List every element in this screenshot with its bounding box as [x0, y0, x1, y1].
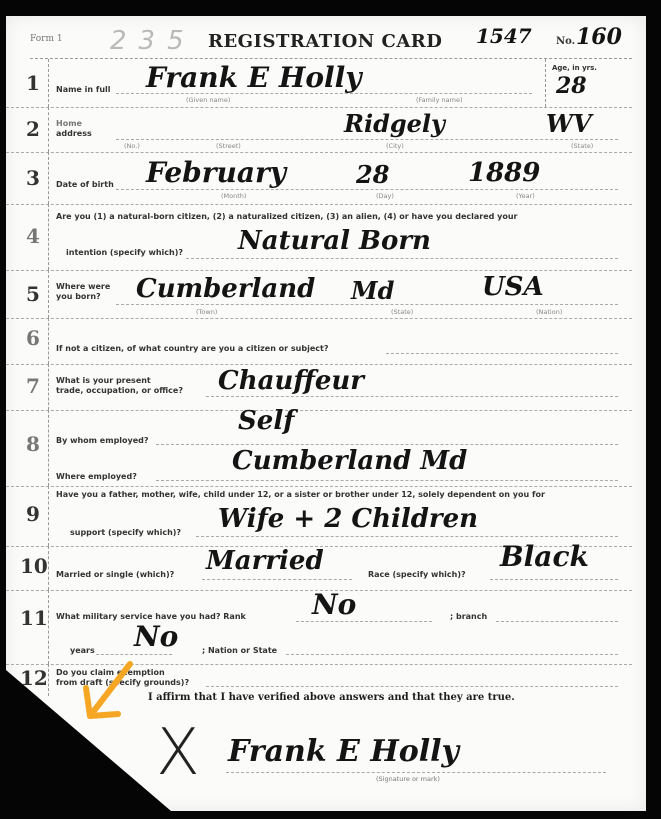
years-value: No — [134, 620, 178, 653]
sub-label: (Year) — [516, 192, 535, 200]
name-value: Frank E Holly — [146, 61, 362, 94]
field-label: Name in full — [56, 85, 111, 95]
fill-line — [386, 353, 618, 354]
field-label: ; Nation or State — [202, 646, 277, 656]
field-label: years — [70, 646, 95, 656]
field-label: Where employed? — [56, 472, 137, 482]
handwritten-card-number: 1547 — [476, 24, 532, 48]
field-label: Home — [56, 119, 82, 129]
sub-label: (Street) — [216, 142, 241, 150]
field-label: intention (specify which)? — [66, 248, 183, 258]
field-label: address — [56, 129, 92, 139]
card-header: Form 1 235 REGISTRATION CARD 1547 No. 16… — [30, 24, 630, 56]
signature: Frank E Holly — [228, 734, 459, 769]
birth-nation-value: USA — [482, 272, 544, 302]
citizenship-value: Natural Born — [238, 226, 431, 256]
divider — [48, 546, 49, 590]
card-title: REGISTRATION CARD — [208, 31, 442, 52]
divider — [48, 107, 49, 152]
state-value: WV — [546, 109, 592, 138]
field-number: 3 — [20, 166, 46, 190]
field-label: If not a citizen, of what country are yo… — [56, 344, 328, 354]
sub-label: (Nation) — [536, 308, 562, 316]
field-row-11: 11 What military service have you had? R… — [6, 590, 632, 665]
field-number: 7 — [20, 374, 46, 398]
signature-sub-label: (Signature or mark) — [376, 775, 440, 783]
fill-line — [186, 258, 618, 259]
birth-day-value: 28 — [356, 160, 389, 189]
work-location-value: Cumberland Md — [232, 446, 467, 476]
divider — [48, 364, 49, 410]
marital-status-value: Married — [206, 546, 324, 576]
fill-line — [296, 621, 432, 622]
field-row-3: 3 Date of birth (Month) (Day) (Year) Feb… — [6, 152, 632, 205]
sub-label: (State) — [391, 308, 413, 316]
divider — [48, 270, 49, 318]
dependents-value: Wife + 2 Children — [218, 504, 478, 534]
arrow-down-left-icon — [78, 658, 138, 728]
fill-line — [196, 536, 618, 537]
race-value: Black — [500, 540, 589, 573]
fill-line — [116, 139, 618, 140]
fill-line — [206, 686, 618, 687]
field-number: 9 — [20, 502, 46, 526]
field-number: 6 — [20, 326, 46, 350]
fill-line — [496, 621, 618, 622]
field-row-2: 2 Home address (No.) (Street) (City) (St… — [6, 107, 632, 153]
signature-mark: X — [156, 716, 200, 790]
divider — [48, 486, 49, 546]
divider — [48, 59, 49, 107]
field-number: 2 — [20, 117, 46, 141]
field-row-8: 8 By whom employed? Self Where employed?… — [6, 410, 632, 487]
rank-value: No — [312, 588, 356, 621]
field-label: By whom employed? — [56, 436, 149, 446]
field-label: Where were — [56, 282, 110, 292]
fill-line — [156, 444, 618, 445]
birth-month-value: February — [146, 156, 286, 189]
sub-label: (City) — [386, 142, 404, 150]
sub-label: (Month) — [221, 192, 246, 200]
field-row-6: 6 If not a citizen, of what country are … — [6, 318, 632, 365]
divider — [48, 590, 49, 664]
field-number: 4 — [20, 224, 46, 248]
fill-line — [202, 579, 352, 580]
field-label: trade, occupation, or office? — [56, 386, 183, 396]
field-question: Are you (1) a natural-born citizen, (2) … — [56, 212, 517, 222]
sub-label: (State) — [571, 142, 593, 150]
employer-value: Self — [238, 406, 294, 436]
divider — [48, 664, 49, 696]
fill-line — [116, 189, 618, 190]
divider — [48, 410, 49, 486]
field-row-5: 5 Where were you born? (Town) (State) (N… — [6, 270, 632, 319]
field-row-7: 7 What is your present trade, occupation… — [6, 364, 632, 411]
sub-label: (Day) — [376, 192, 394, 200]
divider — [48, 318, 49, 364]
field-number: 12 — [20, 666, 46, 690]
sub-label: (Town) — [196, 308, 217, 316]
fill-line — [490, 579, 618, 580]
fill-line — [206, 396, 618, 397]
fill-line — [96, 654, 172, 655]
pencil-serial: 235 — [110, 26, 196, 56]
age-label: Age, in yrs. — [552, 63, 597, 73]
sub-label: (Given name) — [186, 96, 230, 104]
field-number: 5 — [20, 282, 46, 306]
field-label: ; branch — [450, 612, 487, 622]
registration-number: 160 — [576, 24, 622, 50]
field-number: 11 — [20, 606, 46, 630]
field-number: 10 — [20, 554, 46, 578]
field-row-10: 10 Married or single (which)? Married Ra… — [6, 546, 632, 591]
occupation-value: Chauffeur — [218, 366, 364, 396]
field-row-9: 9 Have you a father, mother, wife, child… — [6, 486, 632, 547]
no-label: No. — [556, 36, 575, 47]
field-row-1: 1 Name in full (Given name) (Family name… — [6, 59, 632, 108]
divider — [48, 152, 49, 204]
field-label: Race (specify which)? — [368, 570, 466, 580]
divider — [48, 204, 49, 270]
age-box: Age, in yrs. 28 — [545, 59, 632, 107]
field-row-4: 4 Are you (1) a natural-born citizen, (2… — [6, 204, 632, 271]
sub-label: (No.) — [124, 142, 140, 150]
field-label: support (specify which)? — [70, 528, 181, 538]
birth-town-value: Cumberland — [136, 274, 315, 304]
birth-state-value: Md — [351, 276, 394, 305]
signature-line — [226, 772, 606, 773]
field-number: 8 — [20, 432, 46, 456]
field-label: you born? — [56, 292, 101, 302]
field-question: Have you a father, mother, wife, child u… — [56, 490, 545, 500]
field-label: Married or single (which)? — [56, 570, 174, 580]
field-number: 1 — [20, 71, 46, 95]
sub-label: (Family name) — [416, 96, 463, 104]
form-number: Form 1 — [30, 34, 63, 44]
age-value: 28 — [556, 73, 587, 99]
fill-line — [156, 480, 618, 481]
fill-line — [286, 654, 618, 655]
birth-year-value: 1889 — [468, 158, 540, 188]
affirmation-text: I affirm that I have verified above answ… — [148, 692, 515, 703]
field-label: Date of birth — [56, 180, 114, 190]
field-label: What is your present — [56, 376, 151, 386]
city-value: Ridgely — [344, 109, 445, 138]
